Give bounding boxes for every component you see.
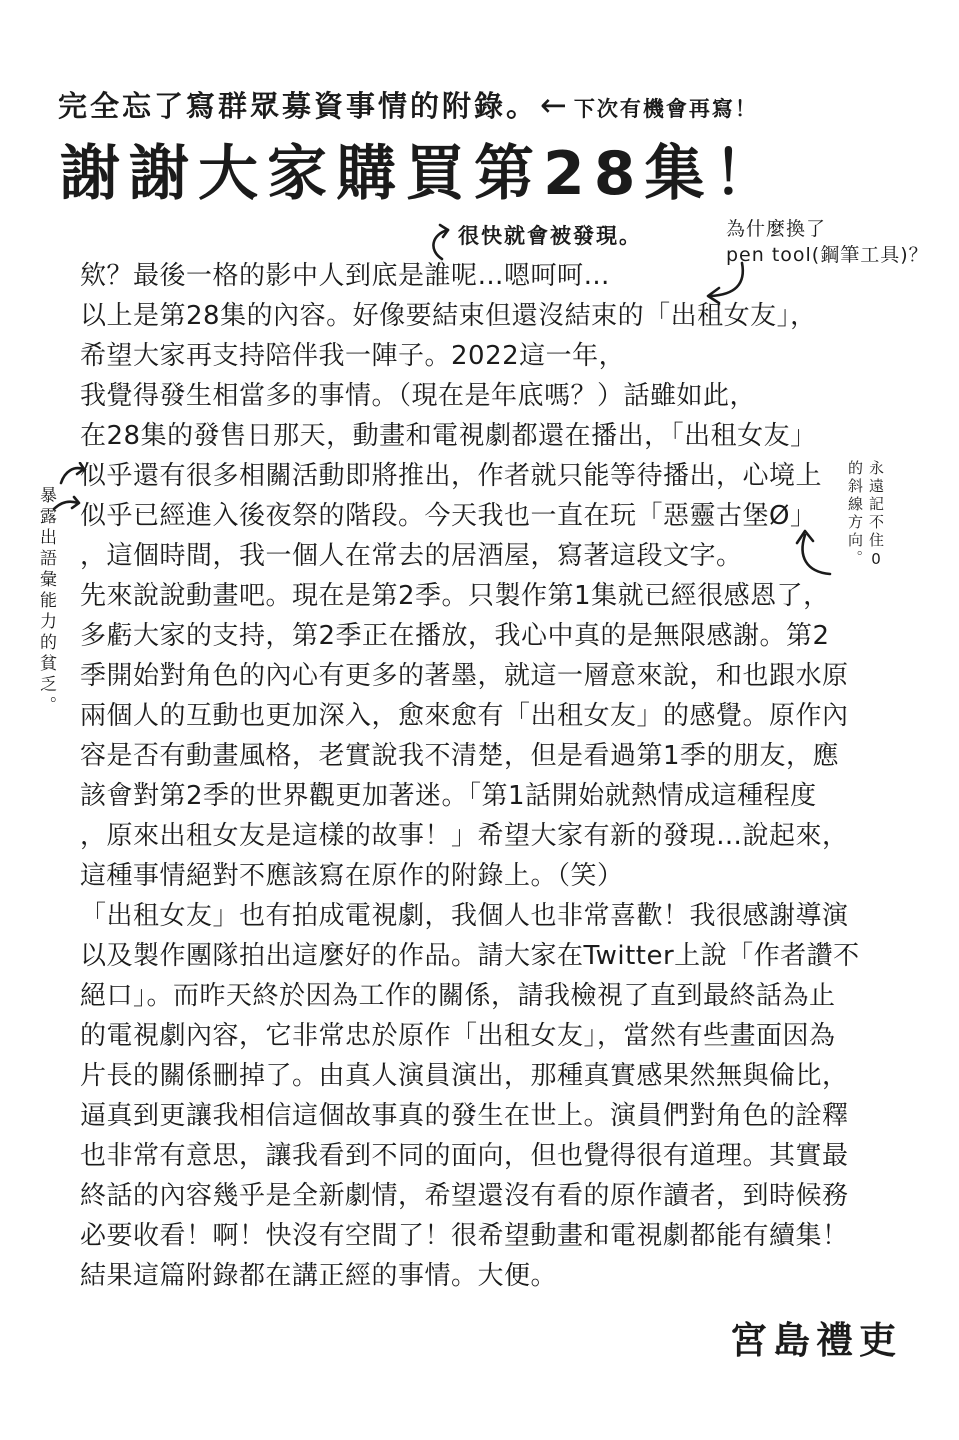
body-line: 「出租女友」也有拍成電視劇，我個人也非常喜歡！我很感謝導演	[80, 896, 860, 936]
note-discovered: 很快就會被發現。	[458, 220, 642, 250]
margin-arrow-up-icon	[58, 462, 88, 486]
body-line: 以上是第28集的內容。好像要結束但還沒結束的「出租女友」，	[80, 296, 860, 336]
body-line: 季開始對角色的內心有更多的著墨，就這一層意來說，和也跟水原	[80, 656, 860, 696]
body-line: 也非常有意思，讓我看到不同的面向，但也覺得很有道理。其實最	[80, 1136, 860, 1176]
manga-afterword-page: 完全忘了寫群眾募資事情的附錄。←下次有機會再寫！ 謝謝大家購買第28集！ 很快就…	[0, 0, 959, 1440]
body-line: 多虧大家的支持，第2季正在播放，我心中真的是無限感謝。第2	[80, 616, 860, 656]
body-line: 結果這篇附錄都在講正經的事情。大便。	[80, 1256, 860, 1296]
body-line: 逼真到更讓我相信這個故事真的發生在世上。演員們對角色的詮釋	[80, 1096, 860, 1136]
body-line: 希望大家再支持陪伴我一陣子。2022這一年，	[80, 336, 860, 376]
body-line: 我覺得發生相當多的事情。（現在是年底嗎？）話雖如此，	[80, 376, 860, 416]
body-line: 容是否有動畫風格，老實說我不清楚，但是看過第1季的朋友，應	[80, 736, 860, 776]
top-note-text: 完全忘了寫群眾募資事情的附錄。	[58, 89, 538, 123]
body-line: 終話的內容幾乎是全新劇情，希望還沒有看的原作讀者，到時候務	[80, 1176, 860, 1216]
body-line: 似乎還有很多相關活動即將推出，作者就只能等待播出，心境上	[80, 456, 860, 496]
author-signature: 宮島禮吏	[730, 1310, 902, 1364]
body-line: 兩個人的互動也更加深入，愈來愈有「出租女友」的感覺。原作內	[80, 696, 860, 736]
body-line: 這種事情絕對不應該寫在原作的附錄上。（笑）	[80, 856, 860, 896]
margin-note-left: 暴露出語彙能力的貧乏。	[34, 486, 59, 717]
body-text: 欸？最後一格的影中人到底是誰呢…嗯呵呵…以上是第28集的內容。好像要結束但還沒結…	[80, 256, 860, 1296]
body-line: 的電視劇內容，它非常忠於原作「出租女友」，當然有些畫面因為	[80, 1016, 860, 1056]
margin-note-right-col2: 的斜線方向。	[845, 460, 866, 571]
margin-note-right-col1: 永遠記不住0	[866, 460, 887, 571]
top-note: 完全忘了寫群眾募資事情的附錄。←下次有機會再寫！	[58, 84, 758, 125]
body-line: 似乎已經進入後夜祭的階段。今天我也一直在玩「惡靈古堡Ø」	[80, 496, 860, 536]
top-note-suffix: 下次有機會再寫！	[574, 97, 758, 121]
zero-slash-arrow-icon	[788, 526, 834, 580]
body-line: 絕口」。而昨天終於因為工作的關係，請我檢視了直到最終話為止	[80, 976, 860, 1016]
note-pen-tool-line1: 為什麼換了	[726, 216, 929, 242]
body-line: 先來說說動畫吧。現在是第2季。只製作第1集就已經很感恩了，	[80, 576, 860, 616]
page-title: 謝謝大家購買第28集！	[60, 126, 783, 212]
body-line: 欸？最後一格的影中人到底是誰呢…嗯呵呵…	[80, 256, 860, 296]
body-line: 在28集的發售日那天，動畫和電視劇都還在播出，「出租女友」	[80, 416, 860, 456]
body-line: 片長的關係刪掉了。由真人演員演出，那種真實感果然無與倫比，	[80, 1056, 860, 1096]
body-line: ，這個時間，我一個人在常去的居酒屋，寫著這段文字。	[80, 536, 860, 576]
body-line: 必要收看！啊！快沒有空間了！很希望動畫和電視劇都能有續集！	[80, 1216, 860, 1256]
body-line: 以及製作團隊拍出這麼好的作品。請大家在Twitter上說「作者讚不	[80, 936, 860, 976]
body-line: ，原來出租女友是這樣的故事！」希望大家有新的發現…說起來，	[80, 816, 860, 856]
margin-note-right: 永遠記不住0 的斜線方向。	[845, 460, 887, 571]
left-arrow-icon: ←	[540, 86, 570, 124]
body-line: 該會對第2季的世界觀更加著迷。「第1話開始就熱情成這種程度	[80, 776, 860, 816]
